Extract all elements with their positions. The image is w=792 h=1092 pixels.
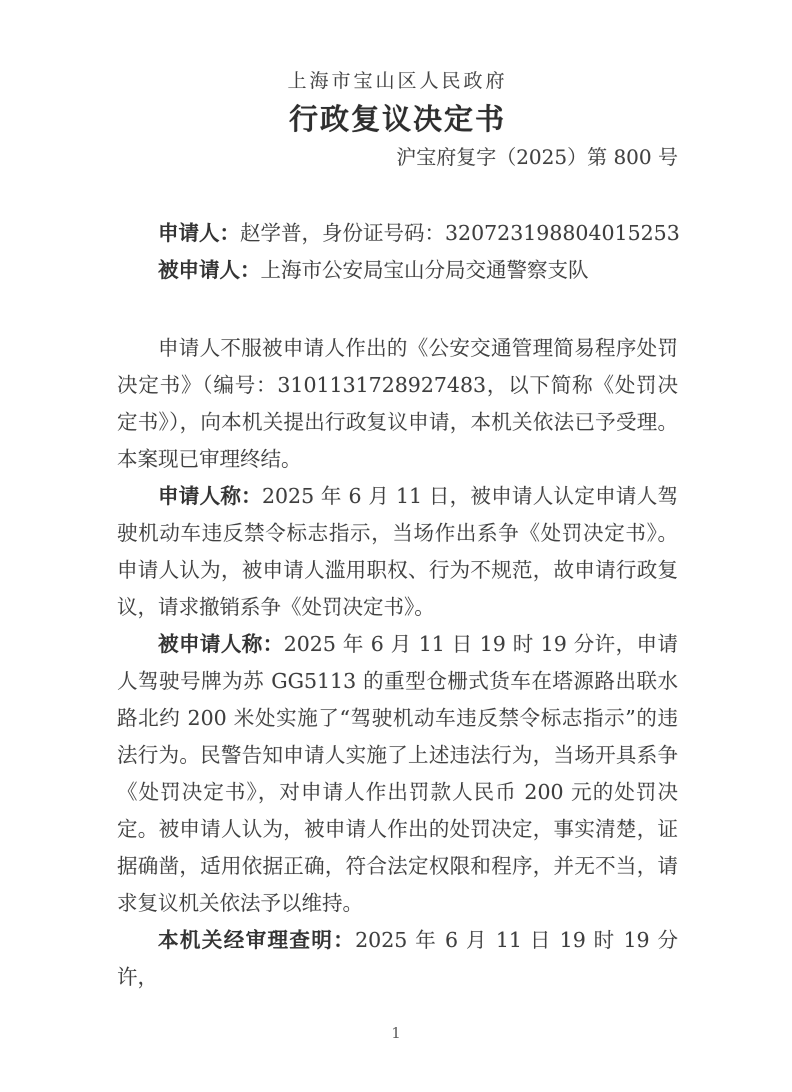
paragraph-findings: 本机关经审理查明：2025 年 6 月 11 日 19 时 19 分许， xyxy=(117,922,678,996)
document-page: 上海市宝山区人民政府 行政复议决定书 沪宝府复字（2025）第 800 号 申请… xyxy=(0,0,792,1092)
document-content: 上海市宝山区人民政府 行政复议决定书 沪宝府复字（2025）第 800 号 申请… xyxy=(117,0,678,996)
paragraph-applicant-claim-label: 申请人称： xyxy=(158,484,262,508)
issuing-authority: 上海市宝山区人民政府 xyxy=(117,68,678,94)
document-number: 沪宝府复字（2025）第 800 号 xyxy=(117,143,678,171)
applicant-label: 申请人： xyxy=(158,221,240,245)
respondent-line: 被申请人：上海市公安局宝山分局交通警察支队 xyxy=(117,252,678,289)
paragraph-findings-label: 本机关经审理查明： xyxy=(158,928,355,952)
respondent-value: 上海市公安局宝山分局交通警察支队 xyxy=(261,258,589,282)
paragraph-case-acceptance: 申请人不服被申请人作出的《公安交通管理简易程序处罚决定书》（编号：3101131… xyxy=(117,330,678,478)
paragraph-case-acceptance-text: 申请人不服被申请人作出的《公安交通管理简易程序处罚决定书》（编号：3101131… xyxy=(117,336,678,471)
parties-block: 申请人：赵学普，身份证号码：320723198804015253 被申请人：上海… xyxy=(117,215,678,289)
paragraph-applicant-claim: 申请人称：2025 年 6 月 11 日，被申请人认定申请人驾驶机动车违反禁令标… xyxy=(117,478,678,626)
paragraph-respondent-claim: 被申请人称：2025 年 6 月 11 日 19 时 19 分许，申请人驾驶号牌… xyxy=(117,626,678,922)
applicant-line: 申请人：赵学普，身份证号码：320723198804015253 xyxy=(117,215,678,252)
page-number: 1 xyxy=(0,1024,792,1042)
paragraph-respondent-claim-text: 2025 年 6 月 11 日 19 时 19 分许，申请人驾驶号牌为苏 GG5… xyxy=(117,632,678,915)
document-body: 申请人不服被申请人作出的《公安交通管理简易程序处罚决定书》（编号：3101131… xyxy=(117,330,678,996)
respondent-label: 被申请人： xyxy=(158,258,261,282)
document-title: 行政复议决定书 xyxy=(117,100,678,138)
paragraph-respondent-claim-label: 被申请人称： xyxy=(158,632,284,656)
applicant-value: 赵学普，身份证号码：320723198804015253 xyxy=(240,221,680,245)
